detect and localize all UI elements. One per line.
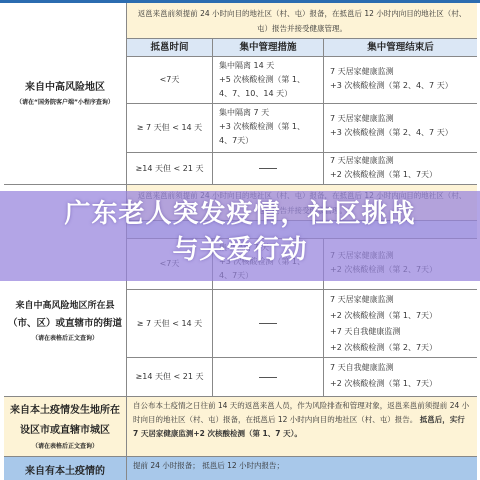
after-cell: 7 天居家健康监测 +2 次核酸检测（第 1、7天） xyxy=(324,153,477,184)
section-title-line2: 设区市或直辖市城区 xyxy=(20,421,110,441)
section-subtitle: （请在“国务院客户端”小程序查询） xyxy=(16,97,114,109)
after-cell: 7 天居家健康监测 +3 次核酸检测（第 2、4、7 天） xyxy=(324,57,477,104)
arrival-time-cell: ≥14 天但 < 21 天 xyxy=(127,153,213,184)
dash-icon xyxy=(259,377,277,378)
column-header-arrival-time: 抵邕时间 xyxy=(127,39,213,57)
section-body: 自公布本土疫情之日往前 14 天的返邕来邕人员，作为风险排查和管理对象，返邕来邕… xyxy=(133,401,469,424)
article-title: 广东老人突发疫情，社区挑战 与关爱行动 xyxy=(0,196,480,268)
section-subtitle: （请在表格后正文查询） xyxy=(32,333,98,345)
arrival-time-cell: <7天 xyxy=(127,57,213,104)
section-title: 来自本土疫情发生地所在 xyxy=(10,401,120,421)
arrival-time-cell: ≥14 天但 < 21 天 xyxy=(127,358,213,396)
section-title: 来自中高风险地区所在县 xyxy=(15,297,114,315)
section-text: 提前 24 小时报备； 抵邕后 12 小时内报告； xyxy=(127,457,477,480)
column-header-after: 集中管理结束后 xyxy=(324,39,477,57)
after-cell: 7 天居家健康监测 +3 次核酸检测（第 2、4、7 天） xyxy=(324,104,477,153)
after-cell: 7 天居家健康监测 +2 次核酸检测（第 1、7天） +7 天自我健康监测 +2… xyxy=(324,290,477,358)
section-text: 自公布本土疫情之日往前 14 天的返邕来邕人员，作为风险排查和管理对象，返邕来邕… xyxy=(127,397,477,456)
section-label: 来自中高风险地区 （请在“国务院客户端”小程序查询） xyxy=(4,3,126,184)
section-title: 来自有本土疫情的 xyxy=(25,463,105,480)
section-label: 来自本土疫情发生地所在 设区市或直辖市城区 （请在表格后正文查询） xyxy=(4,397,126,456)
measure-cell-empty xyxy=(213,358,324,396)
arrival-time-cell: ≥ 7 天但 < 14 天 xyxy=(127,290,213,358)
article-title-line2: 与关爱行动 xyxy=(0,232,480,268)
section-title: 来自中高风险地区 xyxy=(25,79,105,97)
article-title-line1: 广东老人突发疫情，社区挑战 xyxy=(0,196,480,232)
measure-cell: 集中隔离 14 天 +5 次核酸检测（第 1、4、7、10、14 天） xyxy=(213,57,324,104)
measure-cell-empty xyxy=(213,290,324,358)
measure-cell-empty xyxy=(213,153,324,184)
arrival-time-cell: ≥ 7 天但 < 14 天 xyxy=(127,104,213,153)
section-high-risk: 来自中高风险地区 （请在“国务院客户端”小程序查询） 返邕来邕前须提前 24 小… xyxy=(4,3,477,185)
measure-cell: 集中隔离 7 天 +3 次核酸检测（第 1、4、7天） xyxy=(213,104,324,153)
section-label: 来自有本土疫情的 xyxy=(4,457,126,480)
section-local-outbreak-city: 来自本土疫情发生地所在 设区市或直辖市城区 （请在表格后正文查询） 自公布本土疫… xyxy=(4,397,477,457)
section-title-line2: （市、区）或直辖市的街道 xyxy=(8,315,122,333)
dash-icon xyxy=(259,168,277,169)
notice-text: 返邕来邕前须提前 24 小时向目的地社区（村、屯）报备，在抵邕后 12 小时内向… xyxy=(127,3,477,39)
section-subtitle: （请在表格后正文查询） xyxy=(32,441,98,453)
section-local-outbreak: 来自有本土疫情的 提前 24 小时报备； 抵邕后 12 小时内报告； xyxy=(4,457,477,480)
column-header-measures: 集中管理措施 xyxy=(213,39,324,57)
after-cell: 7 天自我健康监测 +2 次核酸检测（第 1、7天） xyxy=(324,358,477,396)
dash-icon xyxy=(259,323,277,324)
